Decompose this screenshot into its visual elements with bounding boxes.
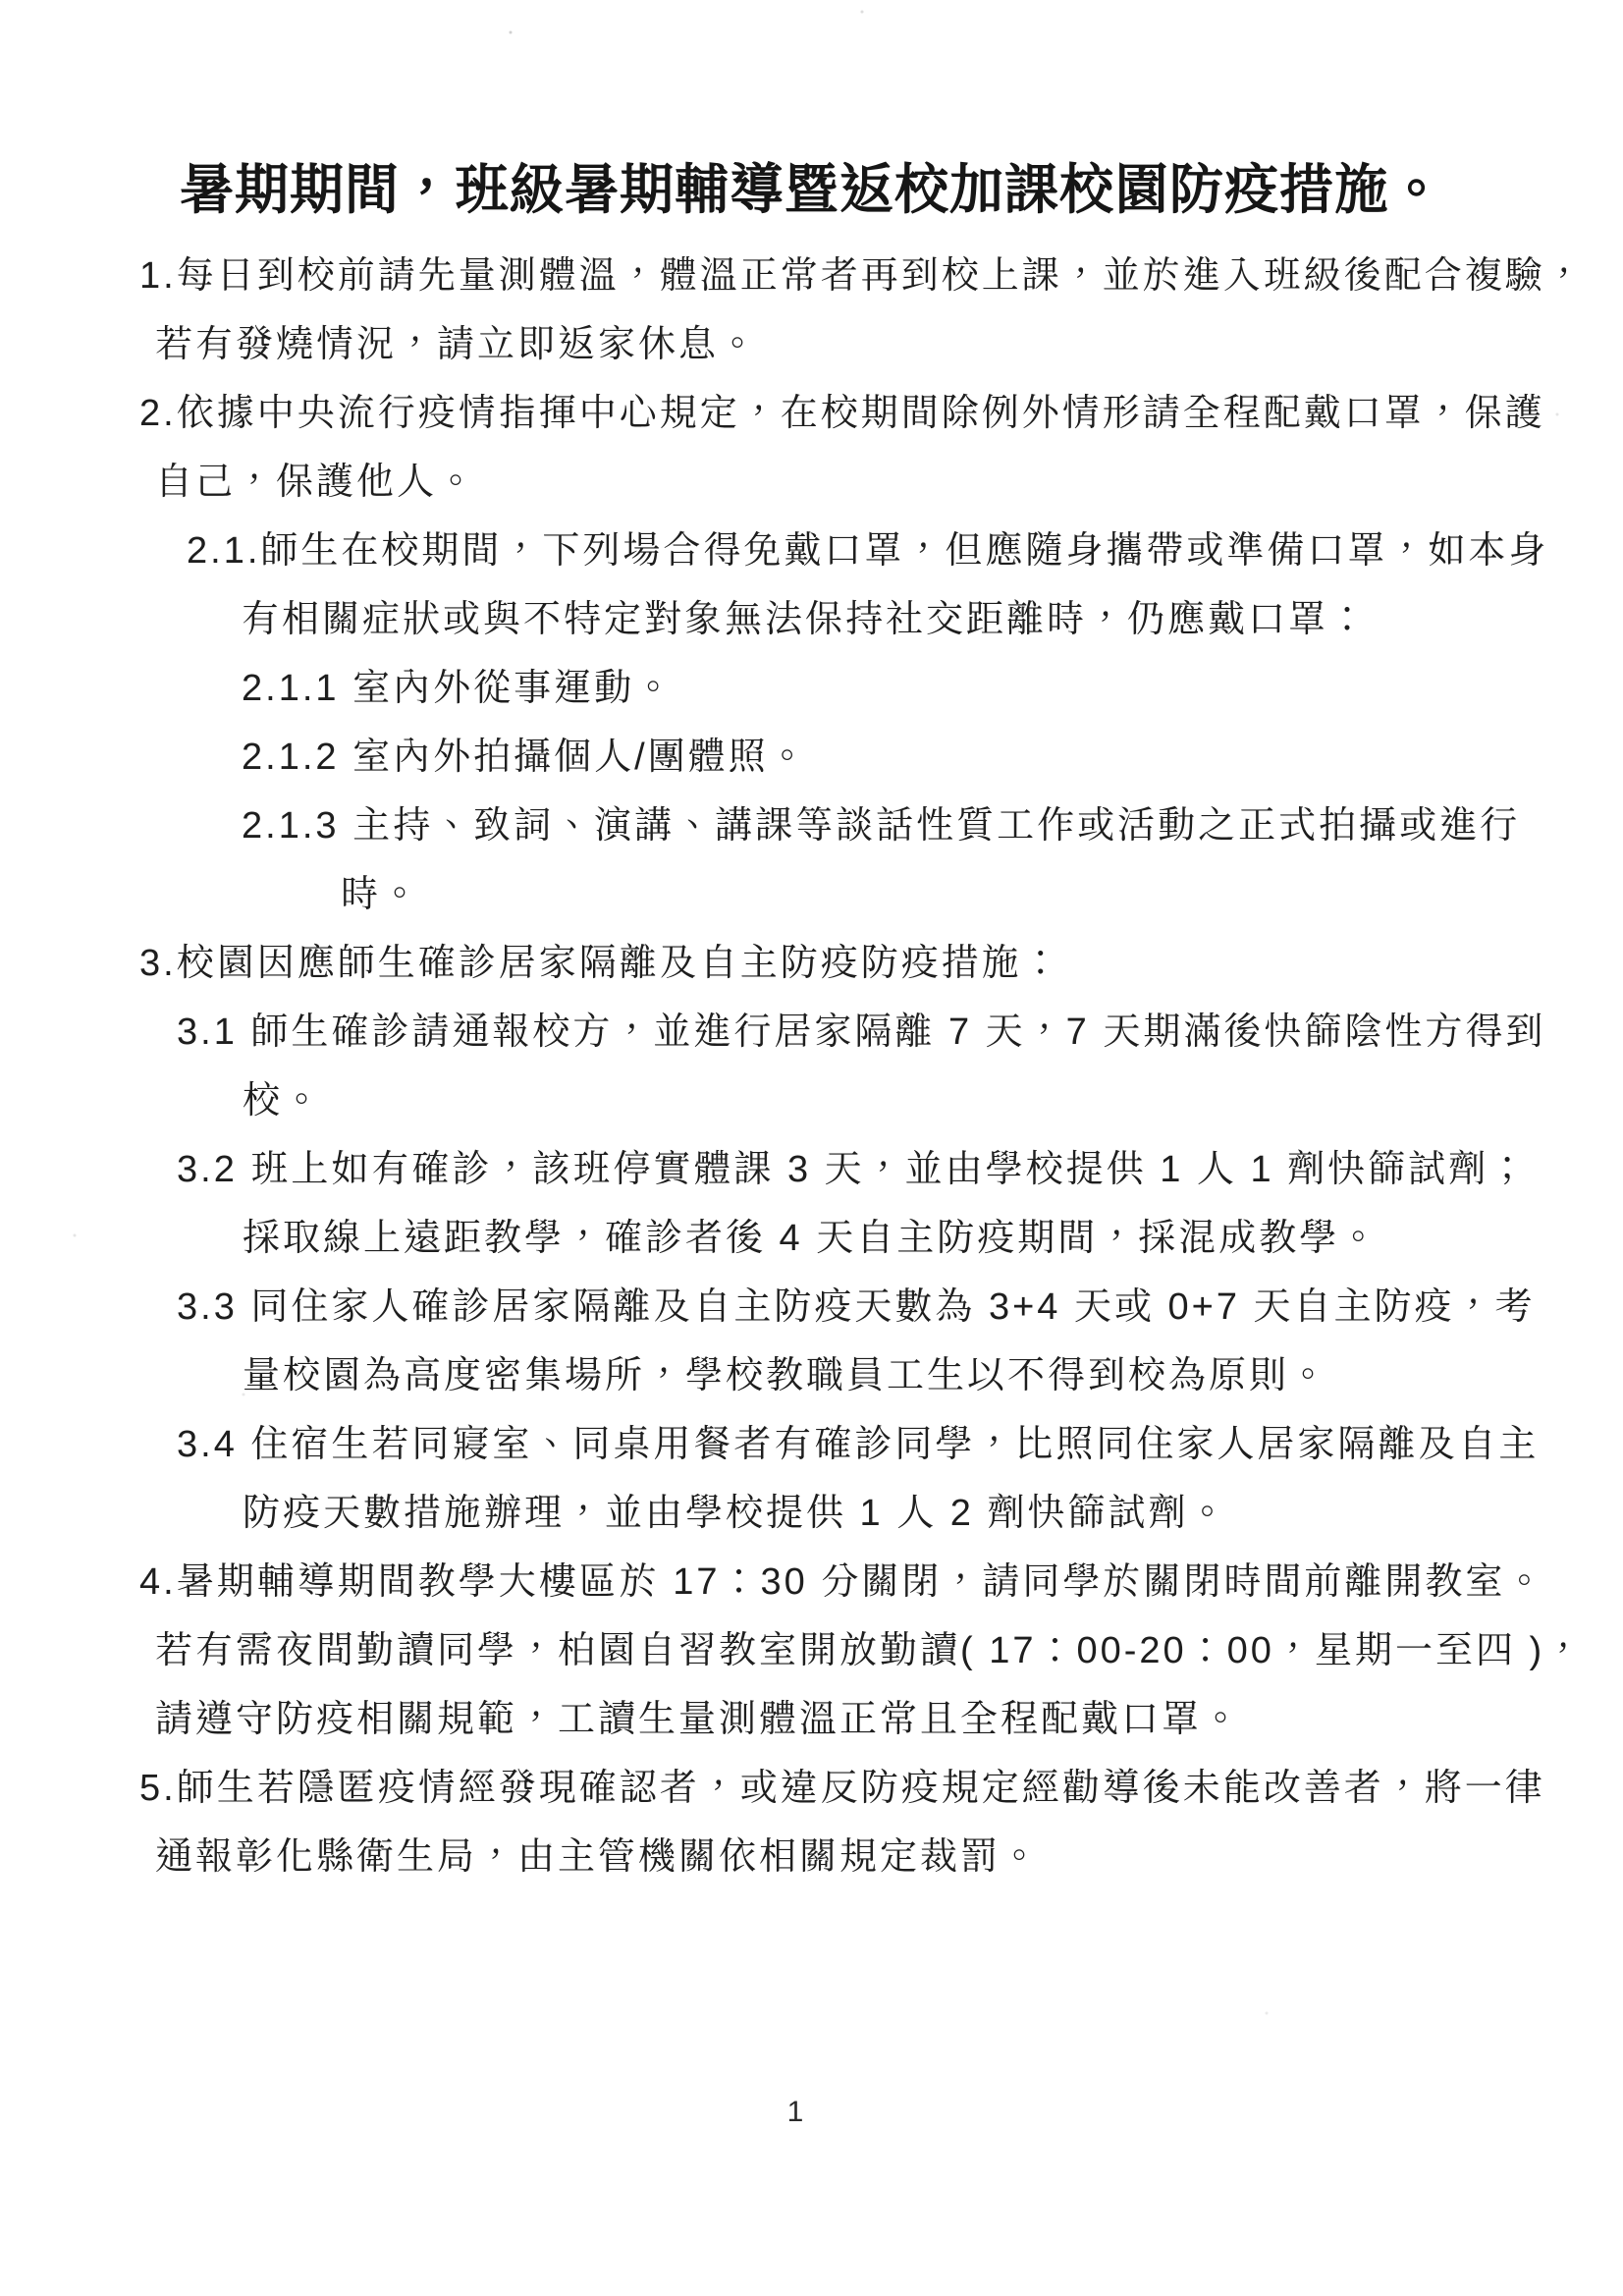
item-3-3-line-2: 量校園為高度密集場所，學校教職員工生以不得到校為原則。 (0, 1341, 1623, 1410)
item-3-heading: 3.校園因應師生確診居家隔離及自主防疫防疫措施： (0, 929, 1623, 998)
document-body: 1.每日到校前請先量測體溫，體溫正常者再到校上課，並於進入班級後配合複驗， 若有… (0, 242, 1623, 1891)
item-2-1-line-1: 2.1.師生在校期間，下列場合得免戴口罩，但應隨身攜帶或準備口罩，如本身 (0, 517, 1623, 585)
item-3-1-line-2: 校。 (0, 1066, 1623, 1135)
item-4-line-1: 4.暑期輔導期間教學大樓區於 17：30 分關閉，請同學於關閉時間前離開教室。 (0, 1548, 1623, 1616)
item-4-line-3: 請遵守防疫相關規範，工讀生量測體溫正常且全程配戴口罩。 (0, 1685, 1623, 1754)
item-2-1-3-line-1: 2.1.3 主持、致詞、演講、講課等談話性質工作或活動之正式拍攝或進行 (0, 792, 1623, 860)
item-5-line-1: 5.師生若隱匿疫情經發現確認者，或違反防疫規定經勸導後未能改善者，將一律 (0, 1754, 1623, 1823)
item-4-line-2: 若有需夜間勤讀同學，柏園自習教室開放勤讀( 17：00-20：00，星期一至四 … (0, 1616, 1623, 1685)
item-2-1-1: 2.1.1 室內外從事運動。 (0, 654, 1623, 723)
item-2-1-3-line-2: 時。 (0, 860, 1623, 929)
item-1-line-1: 1.每日到校前請先量測體溫，體溫正常者再到校上課，並於進入班級後配合複驗， (0, 242, 1623, 310)
page-number: 1 (0, 2096, 1591, 2129)
item-3-4-line-1: 3.4 住宿生若同寢室、同桌用餐者有確診同學，比照同住家人居家隔離及自主 (0, 1410, 1623, 1479)
document-title: 暑期期間，班級暑期輔導暨返校加課校園防疫措施。 (180, 157, 1444, 222)
item-2-line-2: 自己，保護他人。 (0, 448, 1623, 517)
item-2-1-2: 2.1.2 室內外拍攝個人/團體照。 (0, 723, 1623, 792)
item-2-1-line-2: 有相關症狀或與不特定對象無法保持社交距離時，仍應戴口罩： (0, 585, 1623, 654)
item-3-2-line-1: 3.2 班上如有確診，該班停實體課 3 天，並由學校提供 1 人 1 劑快篩試劑… (0, 1135, 1623, 1204)
item-1-line-2: 若有發燒情況，請立即返家休息。 (0, 310, 1623, 379)
item-2-line-1: 2.依據中央流行疫情指揮中心規定，在校期間除例外情形請全程配戴口罩，保護 (0, 379, 1623, 448)
scanned-document-page: 暑期期間，班級暑期輔導暨返校加課校園防疫措施。 1.每日到校前請先量測體溫，體溫… (0, 0, 1623, 2296)
item-3-1-line-1: 3.1 師生確診請通報校方，並進行居家隔離 7 天，7 天期滿後快篩陰性方得到 (0, 998, 1623, 1066)
item-3-3-line-1: 3.3 同住家人確診居家隔離及自主防疫天數為 3+4 天或 0+7 天自主防疫，… (0, 1273, 1623, 1341)
item-5-line-2: 通報彰化縣衛生局，由主管機關依相關規定裁罰。 (0, 1823, 1623, 1891)
item-3-4-line-2: 防疫天數措施辦理，並由學校提供 1 人 2 劑快篩試劑。 (0, 1479, 1623, 1548)
item-3-2-line-2: 採取線上遠距教學，確診者後 4 天自主防疫期間，採混成教學。 (0, 1204, 1623, 1273)
